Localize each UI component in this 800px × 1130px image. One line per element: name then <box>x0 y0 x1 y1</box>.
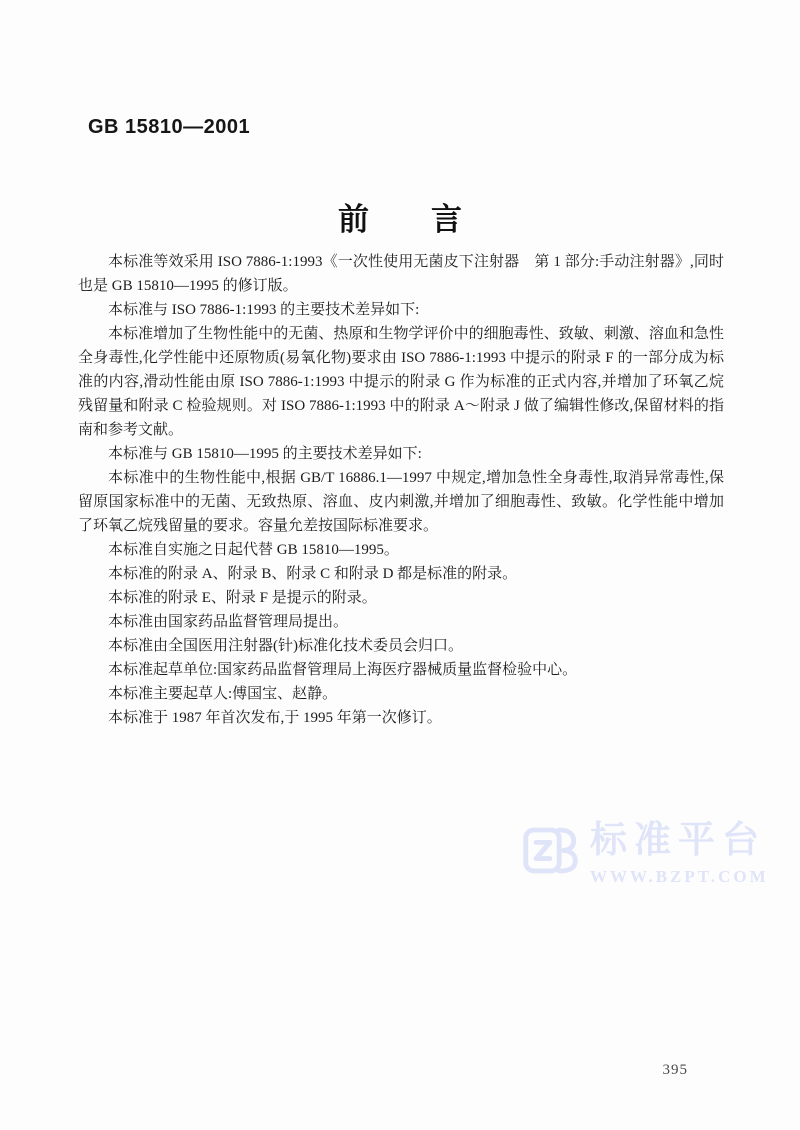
foreword-paragraph: 本标准的附录 E、附录 F 是提示的附录。 <box>78 586 724 610</box>
foreword-paragraph: 本标准等效采用 ISO 7886-1:1993《一次性使用无菌皮下注射器 第 1… <box>78 250 724 298</box>
foreword-paragraph: 本标准的附录 A、附录 B、附录 C 和附录 D 都是标准的附录。 <box>78 562 724 586</box>
foreword-paragraph: 本标准增加了生物性能中的无菌、热原和生物学评价中的细胞毒性、致敏、刺激、溶血和急… <box>78 322 724 442</box>
foreword-paragraph: 本标准由全国医用注射器(针)标准化技术委员会归口。 <box>78 634 724 658</box>
document-page: GB 15810—2001 前 言 本标准等效采用 ISO 7886-1:199… <box>0 0 800 1130</box>
watermark-brand: 标准平台 <box>590 820 769 861</box>
bzpt-logo-icon <box>522 820 578 882</box>
foreword-paragraph: 本标准中的生物性能中,根据 GB/T 16886.1—1997 中规定,增加急性… <box>78 466 724 538</box>
foreword-paragraph: 本标准主要起草人:傅国宝、赵静。 <box>78 682 724 706</box>
foreword-body: 本标准等效采用 ISO 7886-1:1993《一次性使用无菌皮下注射器 第 1… <box>78 250 724 730</box>
foreword-paragraph: 本标准与 ISO 7886-1:1993 的主要技术差异如下: <box>78 298 724 322</box>
foreword-paragraph: 本标准于 1987 年首次发布,于 1995 年第一次修订。 <box>78 706 724 730</box>
foreword-paragraph: 本标准自实施之日起代替 GB 15810—1995。 <box>78 538 724 562</box>
watermark-url: WWW.BZPT.COM <box>590 867 769 887</box>
page-title: 前 言 <box>0 194 800 239</box>
foreword-paragraph: 本标准与 GB 15810—1995 的主要技术差异如下: <box>78 442 724 466</box>
foreword-paragraph: 本标准起草单位:国家药品监督管理局上海医疗器械质量监督检验中心。 <box>78 658 724 682</box>
watermark: 标准平台 WWW.BZPT.COM <box>522 820 769 887</box>
page-number: 395 <box>663 1062 689 1079</box>
standard-code: GB 15810—2001 <box>88 116 250 139</box>
foreword-paragraph: 本标准由国家药品监督管理局提出。 <box>78 610 724 634</box>
watermark-text: 标准平台 WWW.BZPT.COM <box>590 820 769 887</box>
